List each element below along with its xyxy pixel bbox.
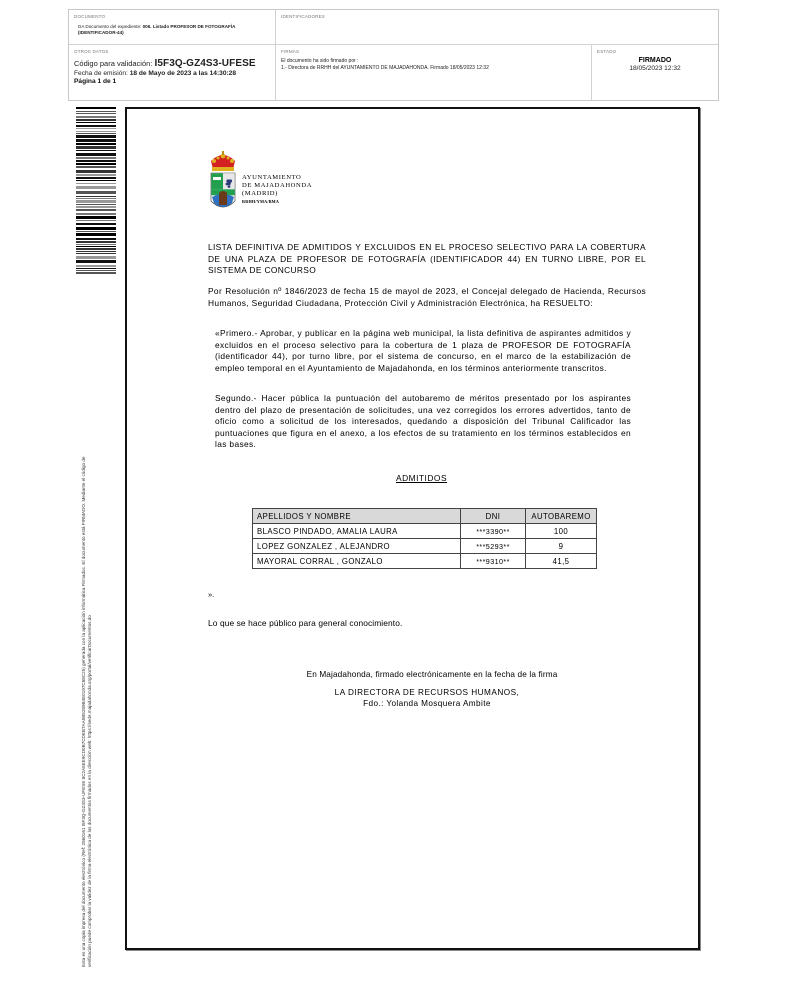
issue-date: Fecha de emisión: 18 de Mayo de 2023 a l…: [74, 70, 236, 77]
documento-cell: DOCUMENTO DA Documento del expediente: 0…: [69, 10, 276, 45]
validation-code-label: Código para validación:: [74, 59, 154, 68]
table-header-row: APELLIDOS Y NOMBRE DNI AUTOBAREMO: [253, 509, 597, 524]
signature-name: Fdo.: Yolanda Mosquera Ambite: [208, 699, 646, 708]
documento-label: DOCUMENTO: [74, 14, 105, 19]
primero-paragraph: «Primero.- Aprobar, y publicar en la pág…: [215, 328, 631, 374]
firmas-line-2: 1.- Directora de RRHH del AYUNTAMIENTO D…: [281, 65, 489, 71]
identificadores-cell: IDENTIFICADORES: [276, 10, 718, 45]
cell-dni: ***5293**: [461, 539, 526, 554]
documento-prefix: DA Documento del expediente:: [78, 24, 143, 29]
letterhead-reference: RRHH/YMA/BMA: [242, 199, 312, 205]
column-header-name: APELLIDOS Y NOMBRE: [253, 509, 461, 524]
column-header-autobaremo: AUTOBAREMO: [526, 509, 597, 524]
otros-datos-label: OTROS DATOS: [74, 49, 109, 54]
cell-autobaremo: 9: [526, 539, 597, 554]
estado-label: ESTADO: [597, 49, 616, 54]
cell-dni: ***9310**: [461, 554, 526, 569]
cell-dni: ***3390**: [461, 524, 526, 539]
cell-name: BLASCO PINDADO, AMALIA LAURA: [253, 524, 461, 539]
document-metadata-header: DOCUMENTO DA Documento del expediente: 0…: [68, 9, 719, 101]
closing-quote-mark: ».: [208, 590, 214, 599]
resolution-paragraph: Por Resolución nº 1846/2023 de fecha 15 …: [208, 286, 646, 309]
identificadores-label: IDENTIFICADORES: [281, 14, 325, 19]
firmas-line-1: El documento ha sido firmado por :: [281, 58, 359, 64]
table-row: LOPEZ GONZALEZ , ALEJANDRO ***5293** 9: [253, 539, 597, 554]
validation-code: Código para validación: I5F3Q-GZ4S3-UFES…: [74, 58, 256, 69]
admitidos-heading: ADMITIDOS: [396, 473, 447, 483]
documento-text: DA Documento del expediente: 006. Listad…: [78, 24, 268, 36]
estado-cell: ESTADO FIRMADO 18/05/2023 12:32: [592, 45, 718, 101]
signature-role: LA DIRECTORA DE RECURSOS HUMANOS,: [208, 688, 646, 697]
status-badge: FIRMADO: [592, 57, 718, 64]
signature-place: En Majadahonda, firmado electrónicamente…: [222, 670, 642, 679]
column-header-dni: DNI: [461, 509, 526, 524]
admitidos-table: APELLIDOS Y NOMBRE DNI AUTOBAREMO BLASCO…: [252, 508, 597, 569]
side-text-line-2: verificación puede comprobar la validez …: [87, 297, 93, 967]
validation-code-value: I5F3Q-GZ4S3-UFESE: [154, 58, 255, 69]
letterhead-line-3: (MADRID): [242, 190, 312, 198]
firmas-cell: FIRMAS El documento ha sido firmado por …: [276, 45, 592, 101]
cell-name: MAYORAL CORRAL , GONZALO: [253, 554, 461, 569]
otros-datos-cell: OTROS DATOS Código para validación: I5F3…: [69, 45, 276, 101]
cell-autobaremo: 100: [526, 524, 597, 539]
status-datetime: 18/05/2023 12:32: [592, 65, 718, 72]
document-title: LISTA DEFINITIVA DE ADMITIDOS Y EXCLUIDO…: [208, 242, 646, 277]
verification-side-text: Esta es una copia impresa del documento …: [81, 297, 94, 967]
letterhead-line-1: AYUNTAMIENTO: [242, 174, 312, 182]
barcode-icon: [76, 107, 116, 277]
table-row: BLASCO PINDADO, AMALIA LAURA ***3390** 1…: [253, 524, 597, 539]
letterhead: AYUNTAMIENTO DE MAJADAHONDA (MADRID) RRH…: [242, 174, 312, 205]
segundo-paragraph: Segundo.- Hacer pública la puntuación de…: [215, 393, 631, 451]
table-row: MAYORAL CORRAL , GONZALO ***9310** 41,5: [253, 554, 597, 569]
cell-autobaremo: 41,5: [526, 554, 597, 569]
firmas-label: FIRMAS: [281, 49, 299, 54]
coat-of-arms-icon: [208, 151, 238, 213]
issue-date-label: Fecha de emisión:: [74, 70, 130, 77]
cell-name: LOPEZ GONZALEZ , ALEJANDRO: [253, 539, 461, 554]
public-notice-line: Lo que se hace público para general cono…: [208, 618, 402, 628]
issue-date-value: 18 de Mayo de 2023 a las 14:30:28: [130, 70, 236, 77]
letterhead-line-2: DE MAJADAHONDA: [242, 182, 312, 190]
page-count: Página 1 de 1: [74, 78, 116, 85]
